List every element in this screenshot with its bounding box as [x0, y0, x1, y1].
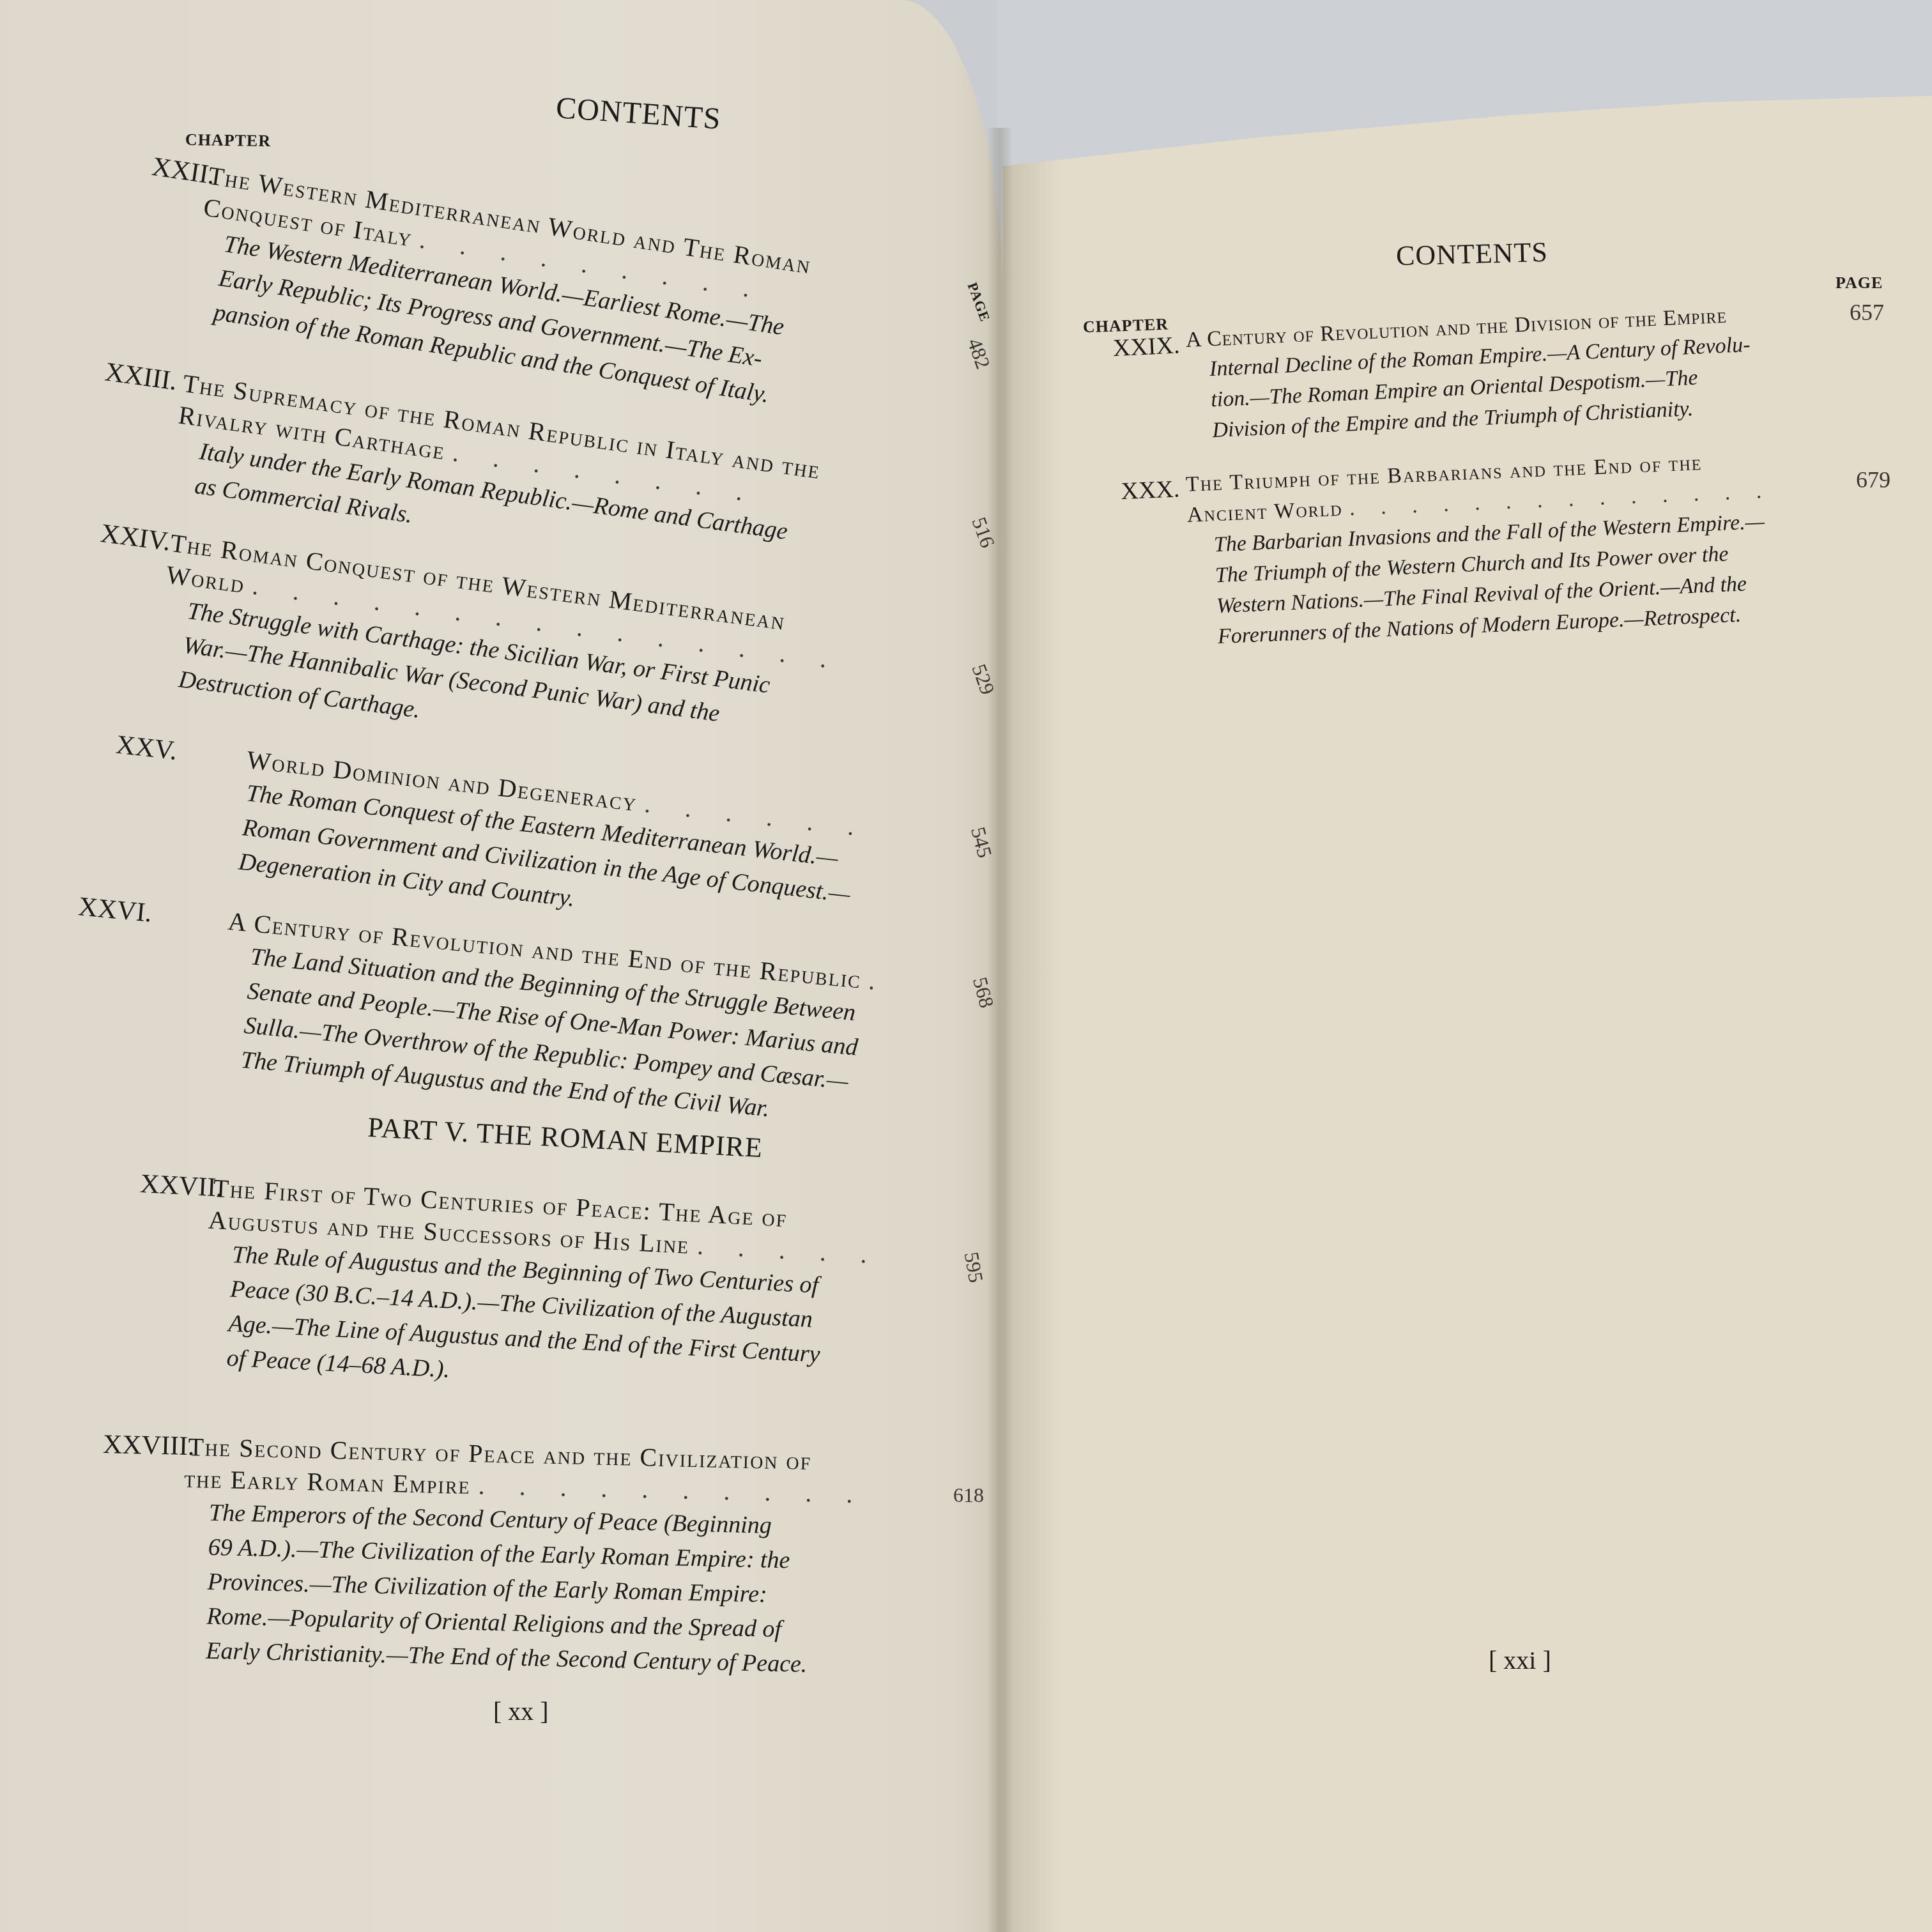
chapter-description: The Barbarian Invasions and the Fall of … [1213, 507, 1777, 653]
toc-entry-xxviii[interactable]: XXVIII. The Second Century of Peace and … [183, 1431, 868, 1683]
right-page-label: PAGE [1836, 273, 1883, 293]
left-page-folio: [ xx ] [493, 1696, 549, 1726]
chapter-number: XXVIII. [54, 1428, 195, 1462]
chapter-number: XXIX. [1084, 331, 1181, 364]
toc-entry-xxx[interactable]: XXX. The Triumph of the Barbarians and t… [1185, 445, 1777, 654]
page-number-xxviii[interactable]: 618 [953, 1483, 984, 1507]
toc-entry-xxvii[interactable]: XXVII. The First of Two Centuries of Pea… [203, 1172, 883, 1409]
page-number-xxx[interactable]: 679 [1856, 466, 1890, 493]
right-page-heading: CONTENTS [1395, 236, 1548, 272]
toc-entry-xxix[interactable]: XXIX. A Century of Revolution and the Di… [1185, 300, 1754, 447]
page-number-xxix[interactable]: 657 [1850, 299, 1884, 326]
left-chapter-label: CHAPTER [185, 130, 272, 151]
book-spine [987, 128, 1013, 1932]
right-page-folio: [ xxi ] [1489, 1645, 1551, 1675]
right-page [1003, 0, 1932, 1932]
chapter-number: XXX. [1096, 475, 1180, 506]
chapter-description: The Emperors of the Second Century of Pe… [206, 1496, 866, 1683]
